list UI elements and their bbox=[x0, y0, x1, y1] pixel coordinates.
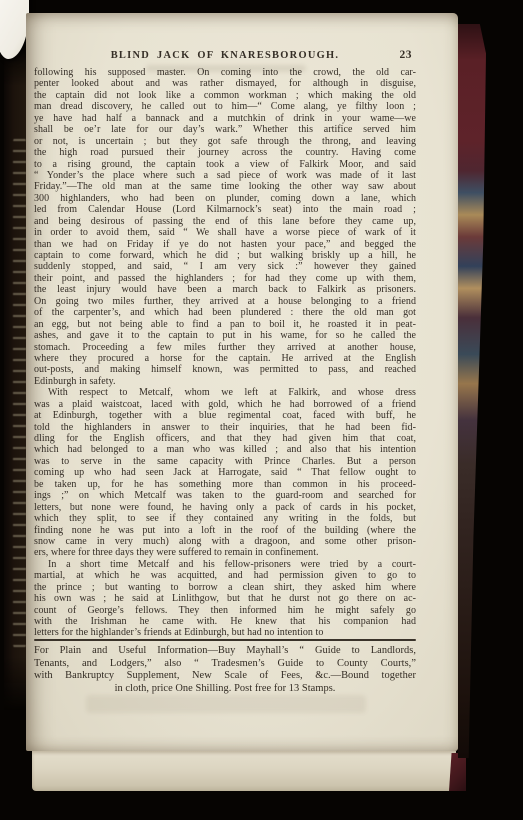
text-line: Edinburgh in safety. bbox=[34, 376, 416, 387]
paragraph: With respect to Metcalf, whom we left at… bbox=[34, 387, 416, 559]
text-line: count of George’s fellows. They then inf… bbox=[34, 605, 416, 616]
text-line: the captain did not look like a common w… bbox=[34, 90, 416, 101]
marbled-cover-edge bbox=[458, 24, 486, 758]
text-line: On going two miles further, they arrived… bbox=[34, 296, 416, 307]
text-line: Friday.”—The old man at the same time lo… bbox=[34, 181, 416, 192]
text-line: stomach. Proceeding a few miles further … bbox=[34, 342, 416, 353]
text-line: which had belonged to a man who was kill… bbox=[34, 444, 416, 455]
text-line: captain to come forward, which he did ; … bbox=[34, 250, 416, 261]
text-line: letters, but none were found, he having … bbox=[34, 502, 416, 513]
text-line: out-posts, and making himself known, was… bbox=[34, 364, 416, 375]
text-line: shall be oe’r late for our day’s wark.” … bbox=[34, 124, 416, 135]
text-line: “ Yonder’s the place where such a sad pi… bbox=[34, 170, 416, 181]
text-line: with the Irishman he came with. He knew … bbox=[34, 616, 416, 627]
text-line: their point, and passed the highlanders … bbox=[34, 273, 416, 284]
text-line: where they procured a horse for the capt… bbox=[34, 353, 416, 364]
text-line: the prince ; but wanting to borrow a cle… bbox=[34, 582, 416, 593]
text-line: Tenants, and Lodgers,” also “ Tradesmen’… bbox=[34, 658, 416, 671]
cover-corner bbox=[449, 753, 466, 791]
text-line: be taken up, for he has something more t… bbox=[34, 479, 416, 490]
text-line: told the highlanders in answer to their … bbox=[34, 422, 416, 433]
footer-ad: For Plain and Useful Information—Buy May… bbox=[34, 645, 416, 695]
text-line: than we had on Friday if ye do not haste… bbox=[34, 239, 416, 250]
text-line: his own was ; he said at Linlithgow, but… bbox=[34, 593, 416, 604]
text-line: of the carpenter’s, and which had been p… bbox=[34, 307, 416, 318]
text-line: coming up who had seen Jack at Harrogate… bbox=[34, 467, 416, 478]
text-line: man dread discovery, he called out to hi… bbox=[34, 101, 416, 112]
text-line: was to serve in the same capacity with P… bbox=[34, 456, 416, 467]
text-line: an egg, but not being able to find a pan… bbox=[34, 319, 416, 330]
text-line: In a short time Metcalf and his fellow-p… bbox=[34, 559, 416, 570]
text-line: the least injury would have been a march… bbox=[34, 284, 416, 295]
book-page: BLIND JACK OF KNARESBOROUGH. 23 followin… bbox=[26, 13, 458, 751]
text-line: at Edinburgh, together with a blue regim… bbox=[34, 410, 416, 421]
text-line: in order to avoid them, said “ We shall … bbox=[34, 227, 416, 238]
paragraph: In a short time Metcalf and his fellow-p… bbox=[34, 559, 416, 639]
running-title: BLIND JACK OF KNARESBOROUGH. bbox=[34, 50, 416, 61]
text-line: letters for the highlander’s friends at … bbox=[34, 627, 416, 638]
text-line: or not, is uncertain ; but they got safe… bbox=[34, 136, 416, 147]
text-line: With respect to Metcalf, whom we left at… bbox=[34, 387, 416, 398]
text-line: which they split, to see if they contain… bbox=[34, 513, 416, 524]
text-line: 300 highlanders, who had been on plunder… bbox=[34, 193, 416, 204]
text-line: led from Calendar House (Lord Kilmarnock… bbox=[34, 204, 416, 215]
text-line: finding none he was put into a loft in t… bbox=[34, 525, 416, 536]
text-line: ings ;” on which Metcalf was taken to th… bbox=[34, 490, 416, 501]
text-line: to a rising ground, the captain took a v… bbox=[34, 159, 416, 170]
page-header: BLIND JACK OF KNARESBOROUGH. 23 bbox=[34, 50, 416, 64]
showthrough-smudge bbox=[86, 695, 366, 713]
text-line: with Bankruptcy Supplement, New Scale of… bbox=[34, 670, 416, 683]
text-line: and being desirous of passing the end of… bbox=[34, 216, 416, 227]
footer-divider bbox=[34, 639, 416, 641]
paragraph: following his supposed master. On coming… bbox=[34, 67, 416, 387]
text-line: ers, where for three days they were suff… bbox=[34, 547, 416, 558]
page-number: 23 bbox=[400, 49, 413, 61]
text-line: penter looked about and was rather disma… bbox=[34, 78, 416, 89]
text-line: was a plaid waistcoat, laced with gold, … bbox=[34, 399, 416, 410]
body-text: following his supposed master. On coming… bbox=[34, 67, 416, 639]
text-line: in cloth, price One Shilling. Post free … bbox=[34, 683, 416, 696]
text-line: snow came in very much) along with a dra… bbox=[34, 536, 416, 547]
text-line: the high road pursued their journey acro… bbox=[34, 147, 416, 158]
text-line: martial, at which he was acquitted, and … bbox=[34, 570, 416, 581]
text-line: For Plain and Useful Information—Buy May… bbox=[34, 645, 416, 658]
text-line: following his supposed master. On coming… bbox=[34, 67, 416, 78]
page-block-edge bbox=[32, 751, 456, 791]
text-line: dling for the English officers, and that… bbox=[34, 433, 416, 444]
text-line: ashes, and gave it to the captain to put… bbox=[34, 330, 416, 341]
text-line: ye have had half a bannack and a mutchki… bbox=[34, 113, 416, 124]
text-line: suddenly stopped, and said, “ I am very … bbox=[34, 261, 416, 272]
